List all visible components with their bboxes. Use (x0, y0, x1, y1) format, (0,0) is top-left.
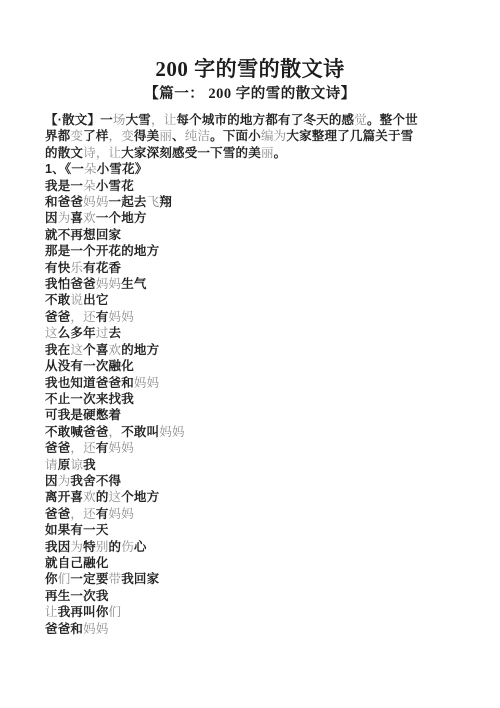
poem-line: 我也知道爸爸和妈妈 (45, 375, 415, 391)
poem-line: 请原谅我 (45, 457, 415, 473)
fallback-glyph: 妈 (83, 195, 96, 209)
poem-line: 让我再叫你们 (45, 604, 415, 620)
fallback-glyph: 妈 (96, 195, 109, 209)
fallback-glyph: 还 (83, 507, 96, 521)
fallback-glyph: ， (109, 129, 122, 143)
fallback-glyph: 这 (70, 343, 83, 357)
poem: 1、《一朵小雪花》我是一朵小雪花和爸爸妈妈一起去飞翔因为喜欢一个地方就不再想回家… (45, 161, 415, 637)
fallback-glyph: 请 (45, 458, 58, 472)
fallback-glyph: 让 (45, 605, 58, 619)
fallback-glyph: 变 (121, 129, 134, 143)
fallback-glyph: 为 (58, 474, 71, 488)
fallback-glyph: 妈 (172, 425, 185, 439)
fallback-glyph: 朵 (83, 179, 96, 193)
poem-line: 离开喜欢的这个地方 (45, 489, 415, 505)
section-heading: 【篇一： 200 字的雪的散文诗】 (0, 85, 500, 103)
fallback-glyph: 妈 (121, 310, 134, 324)
poem-line: 我在这个喜欢的地方 (45, 342, 415, 358)
poem-line: 这么多年过去 (45, 325, 415, 341)
fallback-glyph: 丽 (159, 129, 172, 143)
fallback-glyph: 纯 (185, 129, 198, 143)
fallback-glyph: 妈 (96, 622, 109, 636)
poem-line: 因为我舍不得 (45, 473, 415, 489)
poem-line: 爸爸和妈妈 (45, 621, 415, 637)
fallback-glyph: 们 (109, 605, 122, 619)
fallback-glyph: 妈 (159, 425, 172, 439)
fallback-glyph: 欢 (83, 211, 96, 225)
poem-line: 再生一次我 (45, 588, 415, 604)
poem-line: 从没有一次融化 (45, 358, 415, 374)
fallback-glyph: 诗 (83, 146, 96, 160)
poem-line: 就自己融化 (45, 555, 415, 571)
poem-line: 有快乐有花香 (45, 260, 415, 276)
fallback-glyph: 伤 (121, 540, 134, 554)
intro-line: 【·散文】一场大雪，让每个城市的地方都有了冬天的感觉。整个世 (45, 112, 415, 128)
poem-line: 就不再想回家 (45, 227, 415, 243)
intro-paragraph: 【·散文】一场大雪，让每个城市的地方都有了冬天的感觉。整个世界都变了样，变得美丽… (45, 112, 415, 161)
fallback-glyph: ， (151, 113, 164, 127)
fallback-glyph: 变 (70, 129, 83, 143)
poem-line: 我怕爸爸妈妈生气 (45, 276, 415, 292)
poem-line: 不敢说出它 (45, 292, 415, 308)
poem-line: 我因为特别的伤心 (45, 539, 415, 555)
document-page: 200 字的雪的散文诗 【篇一： 200 字的雪的散文诗】 【·散文】一场大雪，… (0, 0, 500, 708)
fallback-glyph: 妈 (96, 277, 109, 291)
fallback-glyph: 丽 (261, 146, 274, 160)
fallback-glyph: ， (70, 441, 83, 455)
intro-line: 界都变了样，变得美丽、纯洁。下面小编为大家整理了几篇关于雪 (45, 128, 415, 144)
document-title: 200 字的雪的散文诗 (0, 56, 500, 82)
fallback-glyph: 这 (45, 326, 58, 340)
fallback-glyph: ， (109, 425, 122, 439)
document-body: 【·散文】一场大雪，让每个城市的地方都有了冬天的感觉。整个世界都变了样，变得美丽… (45, 112, 415, 637)
fallback-glyph: 欢 (109, 343, 122, 357)
fallback-glyph: 妈 (109, 277, 122, 291)
fallback-glyph: 妈 (109, 310, 122, 324)
poem-line: 爸爸，还有妈妈 (45, 309, 415, 325)
fallback-glyph: 还 (83, 310, 96, 324)
fallback-glyph: 妈 (121, 441, 134, 455)
fallback-glyph: 过 (96, 326, 109, 340)
poem-line: 不止一次来找我 (45, 391, 415, 407)
fallback-glyph: 妈 (147, 376, 160, 390)
fallback-glyph: 还 (83, 441, 96, 455)
fallback-glyph: 妈 (134, 376, 147, 390)
poem-line: 因为喜欢一个地方 (45, 210, 415, 226)
fallback-glyph: 为 (58, 211, 71, 225)
fallback-glyph: 这 (109, 490, 122, 504)
poem-line: 爸爸，还有妈妈 (45, 506, 415, 522)
fallback-glyph: 洁 (197, 129, 210, 143)
fallback-glyph: ， (96, 146, 109, 160)
fallback-glyph: 别 (96, 540, 109, 554)
fallback-glyph: 场 (113, 113, 126, 127)
fallback-glyph: 们 (58, 572, 71, 586)
fallback-glyph: ， (70, 507, 83, 521)
poem-line: 爸爸，还有妈妈 (45, 440, 415, 456)
poem-line: 如果有一天 (45, 522, 415, 538)
fallback-glyph: 带 (109, 572, 122, 586)
fallback-glyph: 为 (274, 129, 287, 143)
fallback-glyph: 为 (70, 540, 83, 554)
poem-line: 那是一个开花的地方 (45, 243, 415, 259)
fallback-glyph: 欢 (83, 490, 96, 504)
intro-line: 的散文诗，让大家深刻感受一下雪的美丽。 (45, 145, 415, 161)
fallback-glyph: 妈 (83, 622, 96, 636)
fallback-glyph: 朵 (84, 162, 97, 176)
fallback-glyph: 谅 (70, 458, 83, 472)
fallback-glyph: 飞 (147, 195, 160, 209)
fallback-glyph: 编 (261, 129, 274, 143)
fallback-glyph: 妈 (121, 507, 134, 521)
fallback-glyph: 妈 (109, 441, 122, 455)
fallback-glyph: 让 (164, 113, 177, 127)
fallback-glyph: 让 (109, 146, 122, 160)
fallback-glyph: ， (70, 310, 83, 324)
poem-line: 和爸爸妈妈一起去飞翔 (45, 194, 415, 210)
fallback-glyph: 乐 (70, 261, 83, 275)
poem-line: 我是一朵小雪花 (45, 178, 415, 194)
fallback-glyph: 说 (70, 293, 83, 307)
poem-line: 你们一定要带我回家 (45, 571, 415, 587)
poem-line: 不敢喊爸爸，不敢叫妈妈 (45, 424, 415, 440)
poem-line: 可我是硬憋着 (45, 407, 415, 423)
fallback-glyph: 觉 (354, 113, 367, 127)
fallback-glyph: 妈 (109, 507, 122, 521)
poem-line: 1、《一朵小雪花》 (45, 161, 415, 177)
